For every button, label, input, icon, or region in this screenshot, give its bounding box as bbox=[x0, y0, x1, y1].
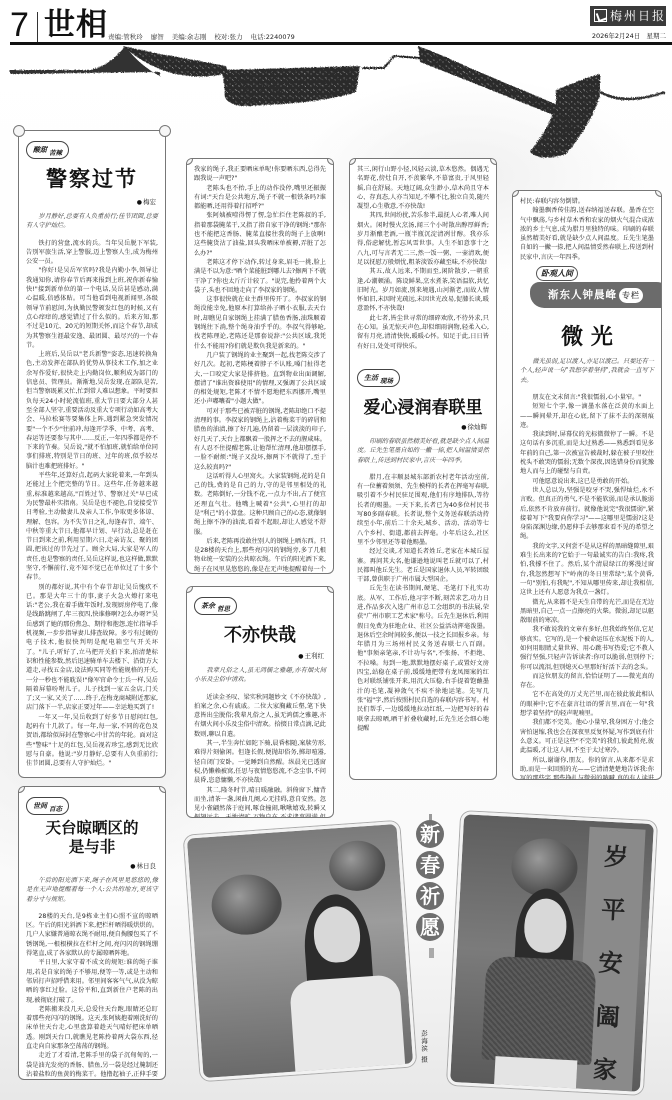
wish-char: 新 bbox=[416, 820, 444, 848]
kicker-badge: 酸甜苦辣 bbox=[26, 137, 158, 159]
person-clothing bbox=[289, 974, 406, 1081]
paragraph: 翰墨飘香传佳韵,送春纳福送春联。墨香在空气中飘荡,与乡村草木香和农家的烟火气混合… bbox=[520, 206, 654, 262]
weekday: 星期二 bbox=[647, 32, 667, 40]
article-lead: 我辈凡俗之人,虽无鸿儒之雅趣,亦有烟火间小乐及尘俗中清欢。 bbox=[194, 666, 326, 685]
paragraph: 世人总以为,坚强是咬牙不哭,强悍灿烂,永不言败。但真正的勇气,不是不能软弱,而是… bbox=[520, 486, 654, 542]
newspaper-logo-icon bbox=[594, 9, 607, 22]
couplet-char: 阖 bbox=[595, 996, 621, 1032]
feature-title-new-year-wishes: 新 春 祈 愿 bbox=[416, 820, 446, 944]
paragraph: 一年又一年,吴岳收到了好多节日慰问红包,起码有十几款了。每一年,每一家,不同的花… bbox=[26, 713, 158, 769]
paragraph: 我不敢说我的文章有多好,但我始终坚信,它足够真实。它写的,是一个被命运压在水泥板… bbox=[520, 625, 654, 671]
article-joy: 茶余哲思 不亦快哉 王利红 我辈凡俗之人,虽无鸿儒之雅趣,亦有烟火间小乐及尘俗中… bbox=[186, 586, 334, 818]
couplet-char: 安 bbox=[598, 943, 624, 979]
column-suffix: 专栏 bbox=[619, 288, 643, 303]
paragraph: 微光,从来都不是天生自带的光芒,而是在无边黑暗里,自己一点一点擦亮的火柴。微弱,… bbox=[520, 598, 654, 626]
couplet-char: 岁 bbox=[603, 837, 629, 873]
column-tag: 卧观人间 bbox=[536, 266, 578, 281]
article-body: 印刷的春联虽然精美好看,就是缺少点人间温度。丘先生笔墨自如的一撇一捺,把人间温情… bbox=[357, 437, 489, 733]
photo-credit: 彭海滨 摄 bbox=[420, 1030, 429, 1063]
paragraph: 后来,老陈再没敢往别人的钢绳上晒东西。只是28楼的天台上,那些亮闪闪的钢绳旁,多… bbox=[194, 537, 326, 574]
paragraph: 上班后,吴岳以"老兵新警"姿态,迅速转换角色,主动发挥在部队的优势从事技术工作,… bbox=[26, 350, 158, 471]
wish-hanging-line bbox=[429, 948, 434, 958]
credit-proofreader: 校对:张力 bbox=[214, 33, 242, 41]
paragraph: 平日里,大家守着不成文的规矩:谁的绳子谁用,若是自家的绳子不够用,便等一等,或是… bbox=[26, 958, 158, 1004]
kicker-label: 生活现场 bbox=[357, 369, 400, 387]
section-title: 世相 bbox=[44, 8, 108, 42]
paragraph: 其四,世间纷扰,苦乐参半,最抚人心者,唯人间烟火。闲时慢火烹汤,闻三个小时散出醇… bbox=[357, 211, 489, 267]
article-title: 微 光 bbox=[520, 320, 654, 351]
kicker-label: 世间百态 bbox=[26, 797, 69, 815]
wish-char: 春 bbox=[416, 851, 444, 879]
paragraph: 几户装了钢绳的业主聚到一起,找老陈交涉了好几次。起初,老陈梗着脖子不认账,嗓门扯… bbox=[194, 351, 326, 407]
article-title: 不亦快哉 bbox=[194, 621, 326, 647]
article-byline: 王利红 bbox=[194, 651, 324, 660]
paragraph: 可对于那些已被弄脏的钢绳,老陈却绝口不提清理的事。李叔家的钢绳上,沾着梅菜干的碎… bbox=[194, 407, 326, 472]
paragraph: 而这位朋友的留言,恰恰证明了——微光真的存在。 bbox=[520, 672, 654, 691]
page-number: 7 bbox=[10, 8, 29, 42]
paragraph: 丘先生在读书期间,硬笔、毛笔打下扎实功底。从军、工作后,他习字不断,刻苦求艺,功… bbox=[357, 584, 489, 733]
article-body: 岁月静好,总要有人负重前行;佳节团圆,总要有人守护灿烂。 铁打的营盘,流水的兵。… bbox=[26, 212, 158, 769]
paragraph: "你好!是吴岳军官吗?我是内勤小李,领导让我通知你,请你春节后再来报到上班,祝你… bbox=[26, 266, 158, 350]
article-lead: 岁月静好,总要有人负重前行;佳节团圆,总要有人守护灿烂。 bbox=[26, 212, 158, 231]
couplet-char: 平 bbox=[601, 890, 627, 926]
article-police-holiday: 酸甜苦辣 警察过节 梅宏 岁月静好,总要有人负重前行;佳节团圆,总要有人守护灿烂… bbox=[18, 130, 166, 778]
paragraph: 这话听得人心里窝火。大家装钢绳,花的是自己的钱,费的是自己的力,守的是邻里相处的… bbox=[194, 472, 326, 537]
wish-char: 愿 bbox=[416, 913, 444, 941]
article-couplet: 生活现场 爱心浸润春联里 徐灿辉 印刷的春联虽然精美好看,就是缺少点人间温度。丘… bbox=[357, 365, 489, 733]
credit-designer: 美编:余志刚 bbox=[172, 33, 207, 41]
kicker-badge: 生活现场 bbox=[357, 365, 489, 387]
paragraph: 所以,谢谢你,朋友。你的留言,从来都不是求助,而是一束回照的光——它清清楚楚地告… bbox=[520, 756, 654, 780]
column-banner: 卧观人间 渐东人钟晨峰专栏 bbox=[520, 266, 654, 314]
article-lead: 印刷的春联虽然精美好看,就是缺少点人间温度。丘先生笔墨自如的一撇一捺,把人间温情… bbox=[357, 437, 489, 465]
credit-phone: 电话:2240079 bbox=[251, 33, 295, 41]
article-rooftop-continued: 我家的绳子,我正要晒床单呢!你要晒东西,总得先跟我说一声吧?" 老陈头也不抬,手… bbox=[186, 158, 334, 574]
title-line: 是与非 bbox=[26, 838, 158, 857]
article-byline: 林日良 bbox=[26, 861, 156, 870]
article-body: 其三,闲行山野小径,风轻云淡,草木悠然。偶遇无名野花,傍灶自开,不羡繁华,不慕富… bbox=[357, 165, 489, 351]
dateline: 2026年2月24日 星期二 bbox=[592, 31, 666, 40]
article-title: 爱心浸润春联里 bbox=[357, 393, 489, 418]
article-light: 村民:春联内容勿倒错。 翰墨飘香传佳韵,送春纳福送春联。墨香在空气中飘荡,与乡村… bbox=[512, 190, 662, 780]
masthead: 7 世相 责编:管秋玲廖智美编:余志刚校对:张力电话:2240079 梅州日报 … bbox=[0, 0, 672, 46]
page-divider bbox=[37, 12, 38, 42]
paragraph: 其二,隆冬时节,晴日暖融融。斜倚窗下,慵背而坐,清茶一盏,闲曲几阕,心无挂碍,意… bbox=[194, 786, 326, 818]
column-name: 渐东人钟晨峰 bbox=[548, 289, 617, 301]
article-body: 村民:春联内容勿倒错。 翰墨飘香传佳韵,送春纳福送春联。墨香在空气中飘荡,与乡村… bbox=[520, 197, 654, 262]
paragraph: 老陈头也不抬,手上的动作没停,嘴里还振振有词:"天台是公共地方,绳子不就一根铁条… bbox=[194, 184, 326, 212]
paragraph: 村民:春联内容勿倒错。 bbox=[520, 197, 654, 206]
paragraph: 它不在高处的万丈光芒里,而在彼此彼此相认的眼神中;它不在豪言壮语的誓言里,而在一… bbox=[520, 690, 654, 718]
credit-editor-2: 廖智 bbox=[151, 33, 164, 41]
paragraph: 别的都好说,其中有个春节却让吴岳愧疚不已。那是大年三十的事,妻子火急火燎打来电话… bbox=[26, 583, 158, 713]
kicker-badge: 茶余哲思 bbox=[194, 593, 326, 615]
kicker-label: 酸甜苦辣 bbox=[26, 141, 69, 159]
article-body: 我辈凡俗之人,虽无鸿儒之雅趣,亦有烟火间小乐及尘俗中清欢。 近读金圣叹、梁实秋同… bbox=[194, 666, 326, 818]
newspaper-logo: 梅州日报 bbox=[590, 6, 666, 26]
paragraph: 其三,闲行山野小径,风轻云淡,草木悠然。偶遇无名野花,傍灶自开,不羡繁华,不慕富… bbox=[357, 165, 489, 211]
paragraph: 可他愿意说出来,这已是勇敢的开始。 bbox=[520, 477, 654, 486]
paragraph: 我的文字,又何尝不是从这样的黑暗缝隙里,艰难生长出来的?它始于一句最诚实的告白:… bbox=[520, 542, 654, 598]
paragraph: 老陈搬来没几天,总爱往天台跑,眼睛还总盯着那些亮闪闪的钢绳。这天,张阿姨抱着刚洗… bbox=[26, 1005, 158, 1051]
article-rooftop: 世间百态 天台晾晒区的 是与非 林日良 午后的阳光洒下来,绳子在风里晃悠悠的,像… bbox=[18, 786, 166, 1080]
article-byline: 梅宏 bbox=[26, 197, 156, 206]
paragraph: 经过交谈,才知道长者姓丘,老家在本城丘屋寨。再问其大名,他谦逊地说叫老丘就可以了… bbox=[357, 547, 489, 584]
paragraph: 朋友在文末留言:"我很懦弱,心小量窄。" bbox=[520, 393, 654, 402]
paragraph: 张阿姨被噎得愣了愣,急忙拦住老陈叔的手,指着那袋腌菜干,又指了指自家干净的钢绳:… bbox=[194, 211, 326, 257]
paragraph: 其五,故人远来,不期而至,闲阶散步,一朝重逢,心潮顿涌。陈设鲜果,烹水煮茶,笑语… bbox=[357, 267, 489, 313]
paragraph: 此七者,皆尘世寻常的细碎欢欣,不待外求,只在心知。虽无惊天声色,却似细雨润物,轻… bbox=[357, 314, 489, 351]
article-body: 午后的阳光洒下来,绳子在风里晃悠悠的,像是在无声地提醒着每一个人:公共的地方,更… bbox=[26, 876, 158, 1080]
photo-woman-right: 岁 平 安 阖 家 bbox=[447, 811, 657, 1095]
paragraph: 近读金圣叹、梁实秋同题妙文《不亦快哉》,拍案之余,心有戚戚。二位大家胸藏丘壑,笔… bbox=[194, 693, 326, 739]
paragraph: 我们都不完美。他心小量窄,我身困方寸;他会害怕退缩,我也会在深夜里反复怀疑,写作… bbox=[520, 718, 654, 755]
date: 2026年2月24日 bbox=[592, 32, 640, 40]
article-byline: 徐灿辉 bbox=[357, 422, 487, 431]
article-lead: 午后的阳光洒下来,绳子在风里晃悠悠的,像是在无声地提醒着每一个人:公共的地方,更… bbox=[26, 876, 158, 904]
paragraph: 腊月,在丰顺县城东部新农村老年活动室前,有一位蓄着须须、先生模样的长者在挥毫写春… bbox=[357, 473, 489, 547]
paragraph: 其一,半生奔忙如陀下骑,晨昏相随,案牍劳形,难得片刻偷闲。但逢长假,便抛却俗务,… bbox=[194, 739, 326, 785]
article-body: 微光虽弱,足以渡人,亦足以渡己。只要还有一个人,轻声说一句"我想学着坚持",我就… bbox=[520, 357, 654, 780]
article-title: 警察过节 bbox=[26, 163, 158, 193]
paragraph: 平些年,还算好点,起码大家轮着来,一年到头还能过上个把完整的节日。这些年,任务越… bbox=[26, 471, 158, 583]
kicker-label: 茶余哲思 bbox=[194, 597, 237, 615]
editor-credits: 责编:管秋玲廖智美编:余志刚校对:张力电话:2240079 bbox=[108, 32, 303, 41]
credit-editor: 责编:管秋玲 bbox=[108, 33, 143, 41]
paragraph: 铁打的营盘,流水的兵。当年吴岳脱下军装,告别军旅生活,穿上警服,迈上警察人生,成… bbox=[26, 239, 158, 267]
paragraph: 走近了才看清,老陈手里的袋子沉甸甸的,一袋是油光发亮的香肠、腊鱼,另一袋是经过腌… bbox=[26, 1051, 158, 1080]
paragraph: 老陈这才停下动作,转过身来,眉毛一挑,脸上满是不以为意:"晒个菜能脏到哪儿去?擦… bbox=[194, 258, 326, 295]
paragraph: 短短七个字,像一滴墨水落在泛黄的水面上——瞬间晕开,却在心底,留下了抹不去的深刻… bbox=[520, 402, 654, 430]
article-joy-continued: 其三,闲行山野小径,风轻云淡,草木悠然。偶遇无名野花,傍灶自开,不羡繁华,不慕富… bbox=[349, 158, 497, 780]
kicker-badge: 世间百态 bbox=[26, 793, 158, 815]
newspaper-name: 梅州日报 bbox=[610, 9, 666, 23]
article-lead: 微光虽弱,足以渡人,亦足以渡己。只要还有一个人,轻声说一句"我想学着坚持",我就… bbox=[520, 357, 654, 385]
paragraph: 28楼的天台,是9栋业主们心照不宣的晾晒区。午后的阳光斜洒下来,把栏杆晒得暖烘烘… bbox=[26, 912, 158, 958]
article-title: 天台晾晒区的 是与非 bbox=[26, 819, 158, 857]
wish-char: 祈 bbox=[416, 882, 444, 910]
masthead-rule bbox=[10, 42, 672, 45]
paragraph: 我读到时,屏幕仪的光标微微停了一瞬。不是这句话有多沉重,而是太过熟悉——熟悉到看… bbox=[520, 430, 654, 476]
column-banner-blob: 渐东人钟晨峰专栏 bbox=[530, 282, 662, 308]
couplet-char: 家 bbox=[592, 1049, 618, 1085]
title-line: 天台晾晒区的 bbox=[26, 819, 158, 838]
paragraph: 这事很快就在业主群里传开了。李叔家的钢绳没能幸免,他原本打算给孙子晒小衣服,去天… bbox=[194, 295, 326, 351]
paragraph: 我家的绳子,我正要晒床单呢!你要晒东西,总得先跟我说一声吧?" bbox=[194, 165, 326, 184]
article-body: 我家的绳子,我正要晒床单呢!你要晒东西,总得先跟我说一声吧?" 老陈头也不抬,手… bbox=[194, 165, 326, 574]
photo-woman-left bbox=[184, 821, 417, 1081]
person-sweater bbox=[481, 956, 596, 1066]
